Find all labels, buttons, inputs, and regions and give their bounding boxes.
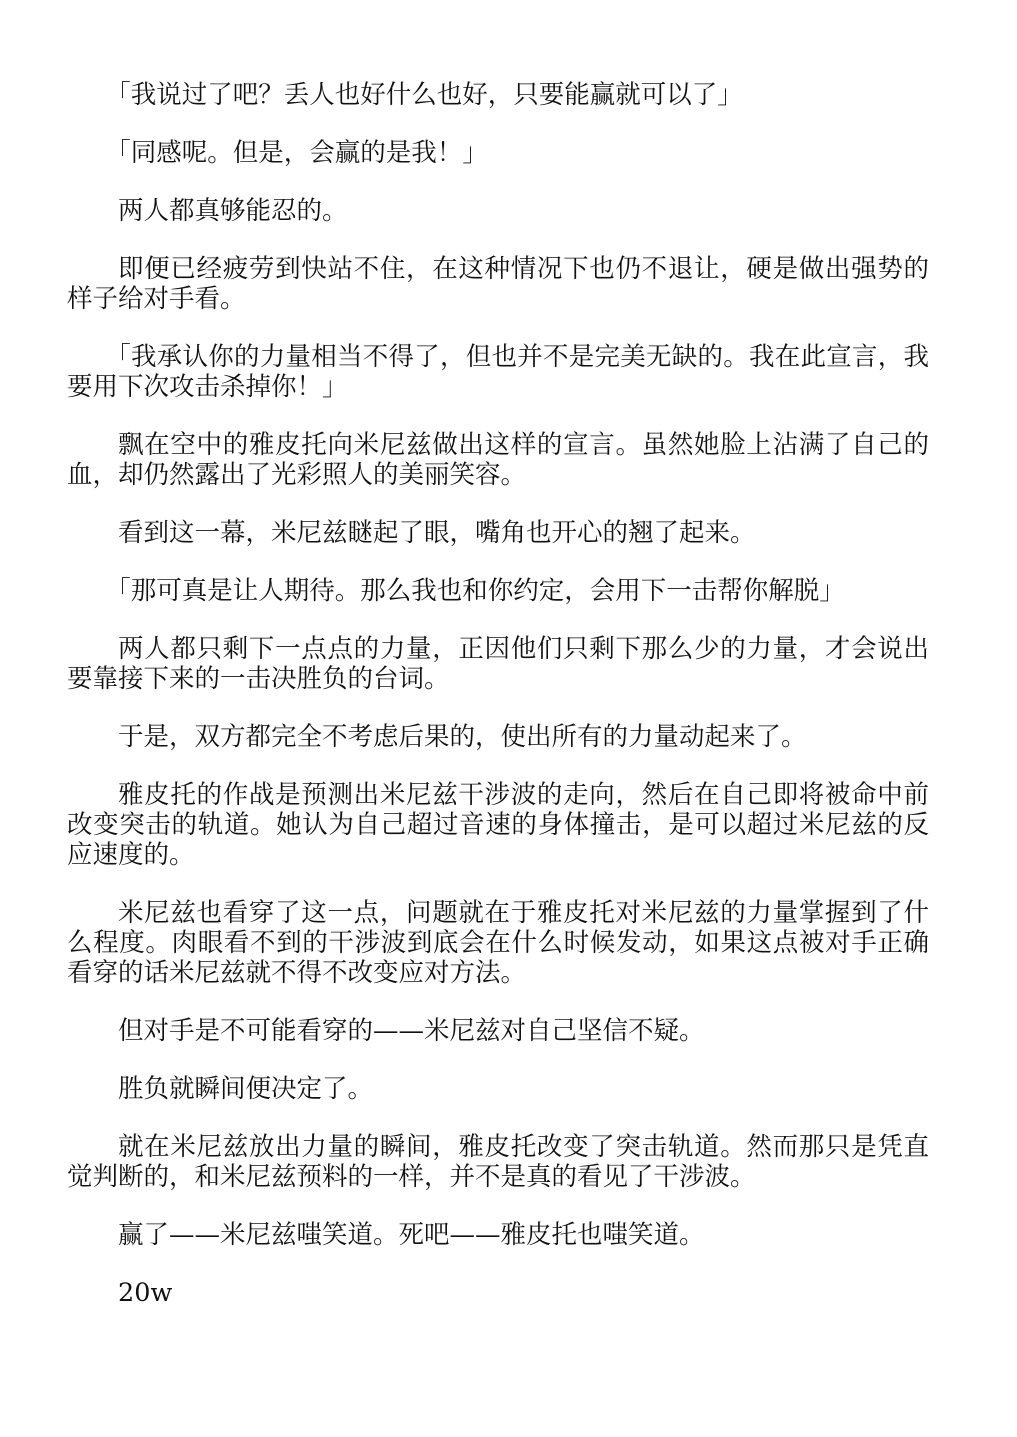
narration-paragraph: 米尼兹也看穿了这一点，问题就在于雅皮托对米尼兹的力量掌握到了什么程度。肉眼看不到…	[67, 898, 929, 988]
dialogue-paragraph: 「同感呢。但是，会赢的是我！」	[67, 138, 929, 168]
narration-paragraph: 两人都只剩下一点点的力量，正因他们只剩下那么少的力量，才会说出要靠接下来的一击决…	[67, 634, 929, 694]
dialogue-paragraph: 「那可真是让人期待。那么我也和你约定，会用下一击帮你解脱」	[67, 576, 929, 606]
document-page: 「我说过了吧？丢人也好什么也好，只要能赢就可以了」 「同感呢。但是，会赢的是我！…	[67, 80, 929, 1336]
dialogue-paragraph: 「我说过了吧？丢人也好什么也好，只要能赢就可以了」	[67, 80, 929, 110]
narration-paragraph: 雅皮托的作战是预测出米尼兹干涉波的走向，然后在自己即将被命中前改变突击的轨道。她…	[67, 780, 929, 870]
narration-paragraph: 于是，双方都完全不考虑后果的，使出所有的力量动起来了。	[67, 722, 929, 752]
narration-paragraph: 但对手是不可能看穿的——米尼兹对自己坚信不疑。	[67, 1016, 929, 1046]
dialogue-paragraph: 「我承认你的力量相当不得了，但也并不是完美无缺的。我在此宣言，我要用下次攻击杀掉…	[67, 342, 929, 402]
narration-paragraph: 即便已经疲劳到快站不住，在这种情况下也仍不退让，硬是做出强势的样子给对手看。	[67, 254, 929, 314]
narration-paragraph: 飘在空中的雅皮托向米尼兹做出这样的宣言。虽然她脸上沾满了自己的血，却仍然露出了光…	[67, 430, 929, 490]
page-footer-note: 20w	[67, 1278, 929, 1308]
narration-paragraph: 赢了——米尼兹嗤笑道。死吧——雅皮托也嗤笑道。	[67, 1220, 929, 1250]
narration-paragraph: 看到这一幕，米尼兹瞇起了眼，嘴角也开心的翘了起来。	[67, 518, 929, 548]
narration-paragraph: 两人都真够能忍的。	[67, 196, 929, 226]
narration-paragraph: 就在米尼兹放出力量的瞬间，雅皮托改变了突击轨道。然而那只是凭直觉判断的，和米尼兹…	[67, 1132, 929, 1192]
narration-paragraph: 胜负就瞬间便决定了。	[67, 1074, 929, 1104]
